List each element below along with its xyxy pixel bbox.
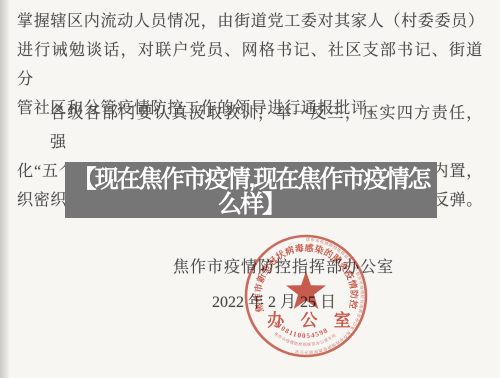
- seal-star-icon: [286, 271, 326, 309]
- official-red-seal: 焦作市疫情防控指挥部办公室·焦作市疫情防控指挥部办公室·焦作市疫情防控指挥部办公…: [236, 226, 376, 366]
- body-line: 各级各部门要认真汲取教训，举一反三，压实四方责任，强: [17, 99, 483, 157]
- caption-overlay-text: 【现在焦作市疫情,现在焦作市疫情怎么样】: [65, 162, 437, 217]
- scan-edge-shadow: [0, 0, 10, 378]
- scanned-notice-document: 掌握辖区内流动人员情况，由街道党工委对其家人（村委委员） 进行诫勉谈话，对联户党…: [0, 0, 500, 378]
- body-line: 进行诫勉谈话，对联户党员、网格书记、社区支部书记、街道分: [17, 36, 483, 94]
- caption-overlay-banner: 【现在焦作市疫情,现在焦作市疫情怎么样】: [65, 162, 437, 218]
- body-line: 掌握辖区内流动人员情况，由街道党工委对其家人（村委委员）: [17, 7, 483, 36]
